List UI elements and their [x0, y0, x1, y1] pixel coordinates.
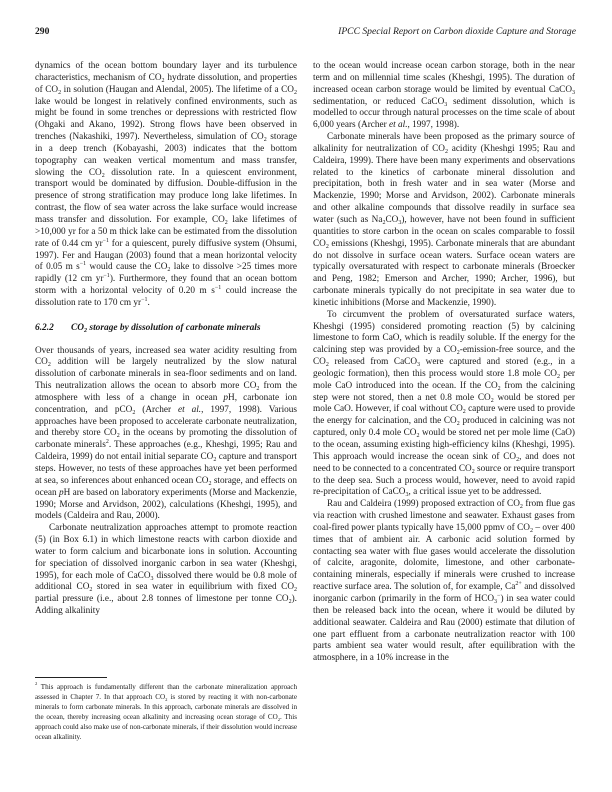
page-number: 290: [35, 26, 49, 37]
paragraph: to the ocean would increase ocean carbon…: [313, 61, 575, 132]
paragraph: To circumvent the problem of oversaturat…: [313, 310, 575, 500]
paragraph: Carbonate neutralization approaches atte…: [35, 523, 297, 618]
paragraph: Carbonate minerals have been proposed as…: [313, 132, 575, 310]
section-title: CO2 storage by dissolution of carbonate …: [71, 323, 261, 333]
page-header: 290 IPCC Special Report on Carbon dioxid…: [35, 26, 576, 40]
left-column: dynamics of the ocean bottom boundary la…: [35, 61, 297, 618]
section-number: 6.2.2: [35, 323, 71, 335]
paragraph: Over thousands of years, increased sea w…: [35, 346, 297, 524]
footnote: 2 This approach is fundamentally differe…: [35, 682, 297, 743]
running-title: IPCC Special Report on Carbon dioxide Ca…: [338, 26, 576, 37]
section-heading: 6.2.2CO2 storage by dissolution of carbo…: [35, 323, 297, 335]
paragraph: dynamics of the ocean bottom boundary la…: [35, 61, 297, 310]
right-column: to the ocean would increase ocean carbon…: [313, 61, 575, 665]
paragraph: Rau and Caldeira (1999) proposed extract…: [313, 499, 575, 665]
footnote-divider: [35, 677, 107, 678]
